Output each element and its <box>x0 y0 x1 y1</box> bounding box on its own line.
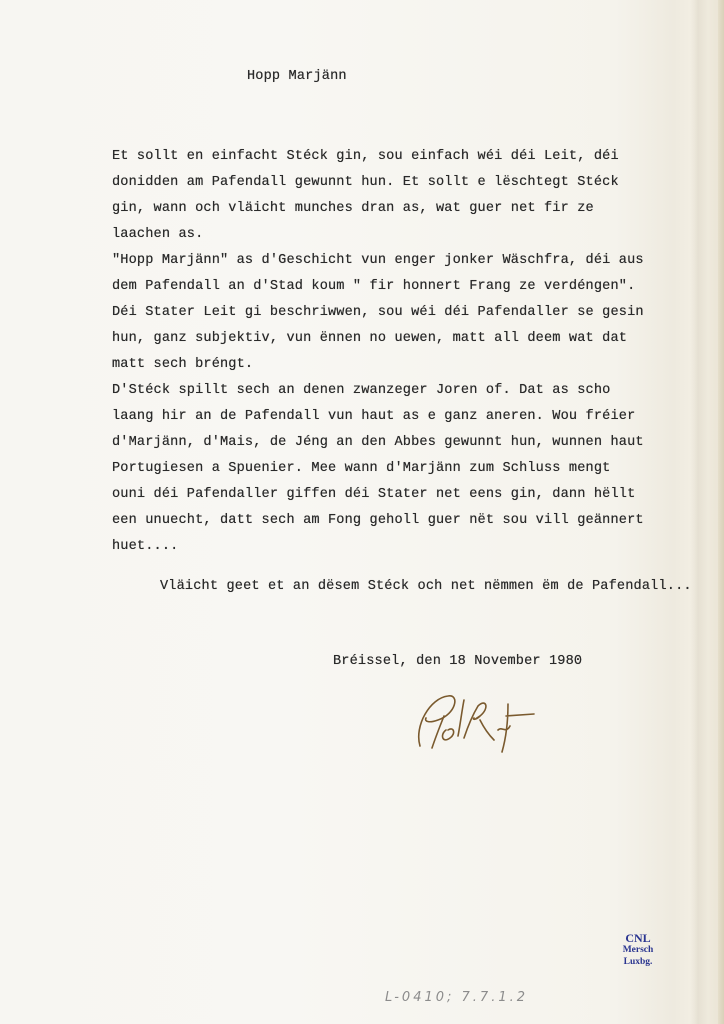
body-line: laachen as. <box>112 227 203 242</box>
body-line: Portugiesen a Spuenier. Mee wann d'Marjä… <box>112 461 610 476</box>
body-line: Déi Stater Leit gi beschriwwen, sou wéi … <box>112 305 644 320</box>
library-stamp: CNL Mersch Luxbg. <box>618 932 658 968</box>
body-line: gin, wann och vläicht munches dran as, w… <box>112 201 594 216</box>
document-page: Hopp Marjänn Et sollt en einfacht Stéck … <box>0 0 724 1024</box>
place-date: Bréissel, den 18 November 1980 <box>333 654 582 669</box>
body-line: ouni déi Pafendaller giffen déi Stater n… <box>112 487 635 502</box>
body-line: dem Pafendall an d'Stad koum " fir honne… <box>112 279 635 294</box>
paper-fold-shadow <box>690 0 708 1024</box>
archive-reference: L-0410; 7.7.1.2 <box>385 990 528 1005</box>
stamp-line: CNL <box>618 932 658 944</box>
body-line: een unuecht, datt sech am Fong geholl gu… <box>112 513 644 528</box>
body-line: huet.... <box>112 539 178 554</box>
body-line: donidden am Pafendall gewunnt hun. Et so… <box>112 175 619 190</box>
stamp-line: Luxbg. <box>618 956 658 968</box>
stamp-line: Mersch <box>618 944 658 956</box>
body-line: d'Marjänn, d'Mais, de Jéng an den Abbes … <box>112 435 644 450</box>
closing-line: Vläicht geet et an dësem Stéck och net n… <box>160 579 692 594</box>
body-paragraphs: Et sollt en einfacht Stéck gin, sou einf… <box>112 0 145 270</box>
body-line: matt sech bréngt. <box>112 357 253 372</box>
document-title: Hopp Marjänn <box>247 69 347 84</box>
signature-image <box>410 686 540 756</box>
body-line: laang hir an de Pafendall vun haut as e … <box>112 409 635 424</box>
body-line: hun, ganz subjektiv, vun ënnen no uewen,… <box>112 331 627 346</box>
body-line: "Hopp Marjänn" as d'Geschicht vun enger … <box>112 253 644 268</box>
body-line: Et sollt en einfacht Stéck gin, sou einf… <box>112 149 619 164</box>
body-line: D'Stéck spillt sech an denen zwanzeger J… <box>112 383 610 398</box>
paper-edge <box>718 0 724 1024</box>
